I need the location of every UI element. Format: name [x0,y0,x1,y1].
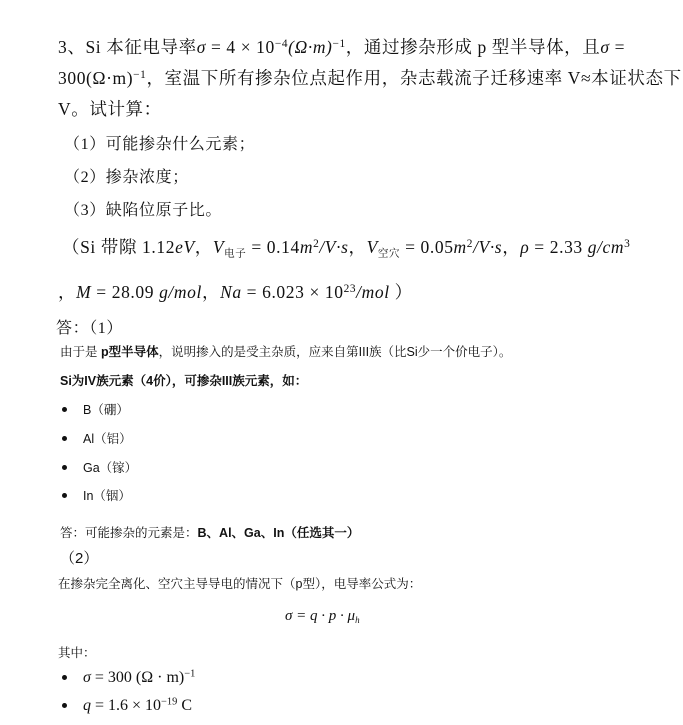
param-q: q = 1.6 × 10−19 C [62,697,192,715]
param-sigma: σ = 300 (Ω · m)−1 [62,669,195,687]
list-item: Ga（镓） [62,458,137,476]
subquestion-1: （1）可能掺杂什么元素； [64,134,255,156]
question-line-2: 300(Ω·m)−1，室温下所有掺杂位点起作用，杂志载流子迁移速率 V≈本证状态… [58,67,682,89]
bullet-icon [62,436,67,441]
where-label: 其中： [58,644,96,662]
answer-label: 答：（1） [56,318,123,340]
answer-part2-text: 在掺杂完全离化、空穴主导导电的情况下（p型），电导率公式为： [58,575,421,593]
answer-part1-text2: Si为IV族元素（4价），可掺杂III族元素，如： [60,372,307,390]
sigma-symbol: σ [197,37,206,57]
bullet-icon [62,493,67,498]
list-item: B（硼） [62,400,129,418]
bullet-icon [62,407,67,412]
subquestion-2: （2）掺杂浓度； [64,167,189,189]
list-item: Al（铝） [62,429,132,447]
bullet-icon [62,465,67,470]
bullet-icon [62,703,67,708]
list-item: In（铟） [62,486,131,504]
conductivity-formula: σ = q · p · μh [285,608,360,625]
answer-part1-text1: 由于是 p型半导体，说明掺入的是受主杂质，应来自第III族（比Si少一个价电子）… [60,343,511,361]
bullet-icon [62,675,67,680]
answer-part1-conclusion: 答：可能掺杂的元素是：B、Al、Ga、In（任选其一） [60,524,359,542]
given-line-1: （Si 带隙 1.12eV，V电子 = 0.14m2/V·s，V空穴 = 0.0… [62,236,630,258]
question-line-1: 3、Si 本征电导率σ = 4 × 10−4(Ω·m)−1，通过掺杂形成 p 型… [58,36,625,58]
question-line-3: V。试计算： [58,98,162,120]
subquestion-3: （3）缺陷位原子比。 [64,200,222,222]
given-line-2: ，M = 28.09 g/mol，Na = 6.023 × 1023/mol ） [58,281,413,303]
answer-part2-label: （2） [60,547,98,568]
question-number: 3、 [58,37,85,57]
